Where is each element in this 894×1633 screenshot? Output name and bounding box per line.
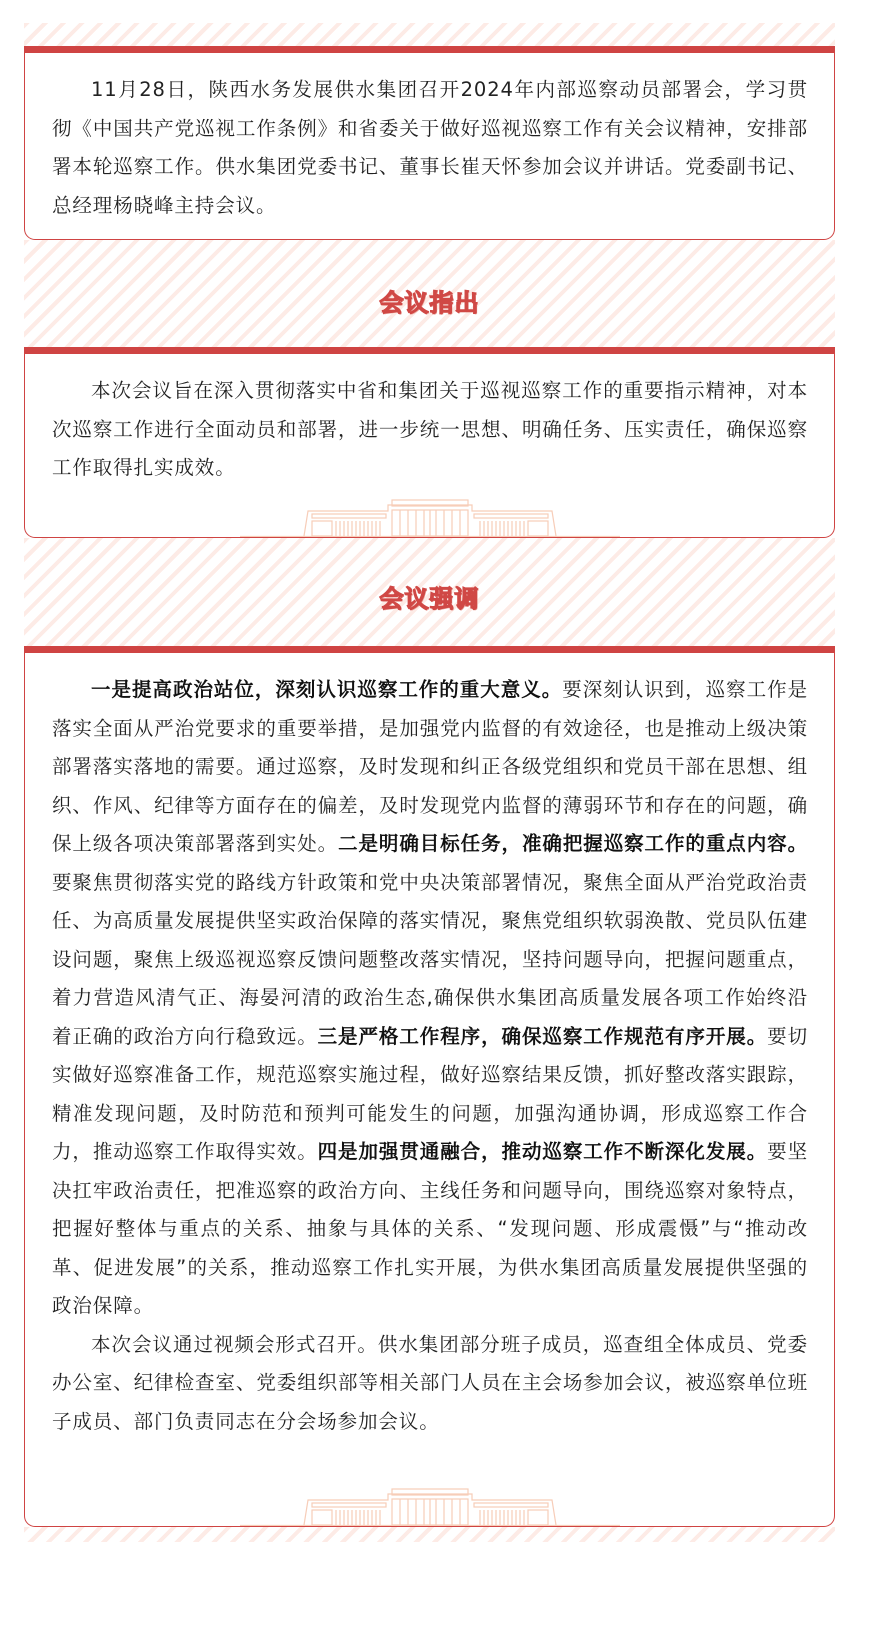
article: 11月28日，陕西水务发展供水集团召开2024年内部巡察动员部署会，学习贯彻《中…	[24, 23, 835, 1542]
intro-body: 11月28日，陕西水务发展供水集团召开2024年内部巡察动员部署会，学习贯彻《中…	[52, 71, 808, 225]
bold-lead-sentence: 三是严格工作程序，确保巡察工作规范有序开展。	[318, 1025, 768, 1048]
text-run: 要坚决扛牢政治责任，把准巡察的政治方向、主线任务和问题导向，围绕巡察对象特点，把…	[52, 1140, 808, 1317]
paragraph: 本次会议旨在深入贯彻落实中省和集团关于巡视巡察工作的重要指示精神，对本次巡察工作…	[52, 372, 808, 488]
striped-band-top	[24, 23, 835, 46]
bold-lead-sentence: 二是明确目标任务，准确把握巡察工作的重点内容。	[338, 832, 808, 855]
section-heading-meeting-emphasized: 会议强调	[24, 579, 835, 614]
bold-lead-sentence: 四是加强贯通融合，推动巡察工作不断深化发展。	[318, 1140, 768, 1163]
paragraph: 本次会议通过视频会形式召开。供水集团部分班子成员，巡查组全体成员、党委办公室、纪…	[52, 1326, 808, 1442]
paragraph: 一是提高政治站位，深刻认识巡察工作的重大意义。要深刻认识到，巡察工作是落实全面从…	[52, 671, 808, 1326]
text-run: 本次会议旨在深入贯彻落实中省和集团关于巡视巡察工作的重要指示精神，对本次巡察工作…	[52, 379, 808, 479]
text-run: 要深刻认识到，巡察工作是落实全面从严治党要求的重要举措，是加强党内监督的有效途径…	[52, 678, 808, 855]
pointed-out-body: 本次会议旨在深入贯彻落实中省和集团关于巡视巡察工作的重要指示精神，对本次巡察工作…	[52, 372, 808, 488]
text-run: 要聚焦贯彻落实党的路线方针政策和党中央决策部署情况，聚焦全面从严治党政治责任、为…	[52, 871, 808, 1048]
building-outline-icon	[240, 497, 620, 537]
intro-card: 11月28日，陕西水务发展供水集团召开2024年内部巡察动员部署会，学习贯彻《中…	[24, 46, 835, 240]
section-heading-band: 会议强调	[24, 538, 835, 646]
emphasized-card: 一是提高政治站位，深刻认识巡察工作的重大意义。要深刻认识到，巡察工作是落实全面从…	[24, 646, 835, 1527]
bold-lead-sentence: 一是提高政治站位，深刻认识巡察工作的重大意义。	[91, 678, 562, 701]
striped-band-bottom	[24, 1527, 835, 1542]
section-heading-meeting-pointed-out: 会议指出	[24, 283, 835, 318]
paragraph: 11月28日，陕西水务发展供水集团召开2024年内部巡察动员部署会，学习贯彻《中…	[52, 71, 808, 225]
pointed-out-card: 本次会议旨在深入贯彻落实中省和集团关于巡视巡察工作的重要指示精神，对本次巡察工作…	[24, 347, 835, 538]
building-outline-icon	[240, 1486, 620, 1526]
emphasized-body: 一是提高政治站位，深刻认识巡察工作的重大意义。要深刻认识到，巡察工作是落实全面从…	[52, 671, 808, 1441]
text-run: 11月28日，陕西水务发展供水集团召开2024年内部巡察动员部署会，学习贯彻《中…	[52, 78, 808, 217]
text-run: 本次会议通过视频会形式召开。供水集团部分班子成员，巡查组全体成员、党委办公室、纪…	[52, 1333, 808, 1433]
section-heading-band: 会议指出	[24, 240, 835, 347]
